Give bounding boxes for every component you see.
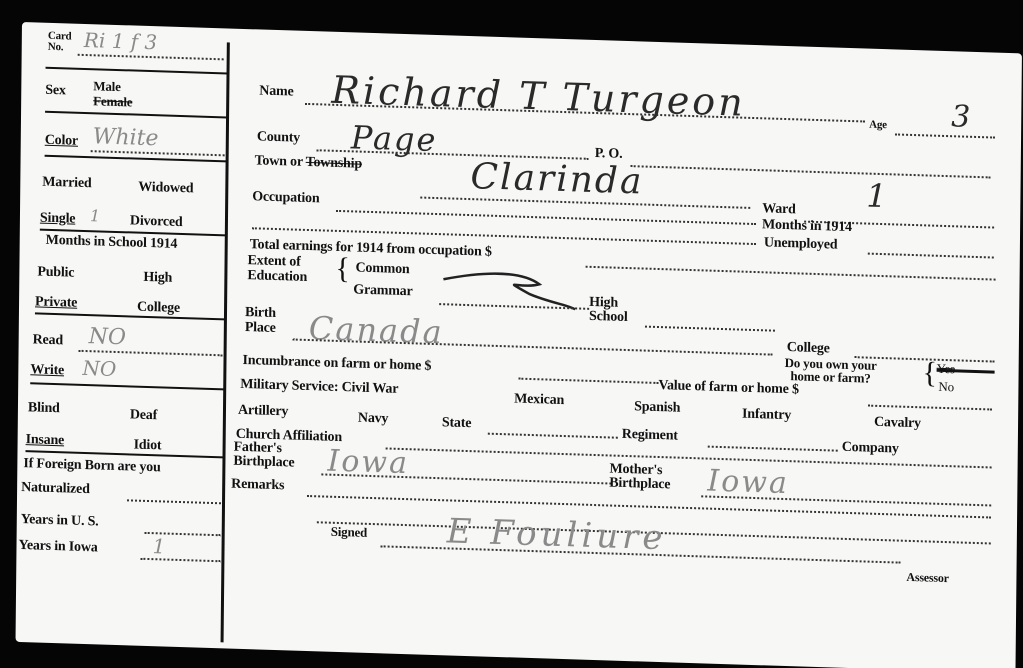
age-line [895,133,995,138]
write-value: NO [82,356,116,381]
artillery-label: Artillery [238,403,288,421]
assessor-label: Assessor [906,570,949,586]
own-home-brace: { [922,356,937,390]
infantry-label: Infantry [742,407,791,425]
left-rule [45,111,227,119]
left-rule [45,155,227,163]
common-label: Common [355,260,409,278]
blind-label: Blind [28,400,60,417]
signed-label: Signed [331,524,368,541]
high-label: High [143,270,172,287]
public-label: Public [37,264,74,281]
widowed-label: Widowed [138,180,193,198]
mother-line [701,495,991,506]
naturalized-label: Naturalized [21,480,90,498]
unemployed-label: Unemployed [764,235,838,253]
occupation-line [336,210,756,225]
age-value: 3 [951,99,970,135]
read-label: Read [33,332,63,349]
years-iowa-value: 1 [152,534,165,558]
high-school-label: High School [589,296,628,325]
own-home-label: Do you own your home or farm? [784,356,876,385]
mother-label: Mother's Birthplace [609,462,670,492]
age-label: Age [869,119,887,132]
state-label: State [442,415,471,432]
company-label: Company [842,440,899,458]
naturalized-line [127,499,221,504]
cavalry-label: Cavalry [874,415,921,432]
mother-label-2: Birthplace [609,476,670,492]
idiot-label: Idiot [134,438,162,455]
years-iowa-label: Years in Iowa [18,538,97,556]
town-value: Clarinda [470,156,643,202]
education-label-2: Education [247,268,307,285]
value-line [868,405,992,411]
color-label: Color [45,133,78,150]
unemployed-line [868,253,994,259]
months-1914-label: Months in 1914 [762,217,852,236]
regiment-label: Regiment [622,427,678,445]
remarks-line [307,495,991,518]
card-no-label: Card No. [48,31,78,54]
earnings-line [586,266,996,281]
ward-label: Ward [762,201,796,218]
write-label: Write [30,362,64,379]
incumbrance-label: Incumbrance on farm or home $ [242,353,431,375]
town-label: Town or Township [255,153,363,172]
education-label: Extent of Education [247,253,307,285]
grammar-label: Grammar [353,282,412,300]
months-school-label: Months in School 1914 [46,233,178,253]
birth-label: Birth Place [245,305,276,336]
remarks-label: Remarks [231,477,284,495]
left-rule [30,382,224,390]
own-no-option: No [938,379,954,395]
color-value: White [93,124,159,151]
spanish-label: Spanish [634,399,680,416]
church-line [386,447,992,468]
sex-label: Sex [45,83,66,100]
name-label: Name [259,83,293,100]
read-line [79,350,223,357]
county-label: County [257,129,300,146]
occupation-label: Occupation [252,189,319,207]
years-us-label: Years in U. S. [21,512,99,530]
town-label-text: Town or [255,153,303,170]
birth-label-2: Place [245,320,276,336]
mexican-label: Mexican [514,391,564,409]
navy-label: Navy [358,411,388,428]
father-label-2: Birthplace [233,455,294,471]
married-label: Married [42,175,91,193]
single-value: 1 [90,206,100,225]
birth-label-1: Birth [245,305,276,321]
insane-label: Insane [26,432,65,449]
father-label: Father's Birthplace [233,441,294,471]
card-no-value: Ri 1 f 3 [84,28,158,54]
deaf-label: Deaf [130,407,157,424]
high-school-label-2: School [589,310,628,325]
college-label: College [137,300,180,317]
census-card: Card No. Ri 1 f 3 Sex Male Female Color … [16,22,1022,668]
divorced-label: Divorced [130,213,183,231]
birth-value: Canada [309,309,444,351]
card-no-line [78,54,224,61]
township-label-text: Township [306,155,362,172]
education-brace: { [335,252,350,286]
regiment-line [708,446,838,452]
sex-option-female: Female [93,93,132,110]
single-label: Single [40,211,76,228]
value-label: Value of farm or home $ [658,378,799,398]
card-no-label-text: Card No. [48,30,72,53]
po-line [631,165,991,178]
incumbrance-line [518,378,658,384]
state-line [488,433,618,439]
read-value: NO [89,324,127,350]
foreign-born-label: If Foreign Born are you [23,456,160,476]
left-column-divider [221,42,230,642]
ward-value: 1 [866,177,887,216]
private-label: Private [35,294,77,311]
left-rule [46,67,228,75]
left-rule [35,312,225,320]
years-iowa-line [140,558,220,563]
military-label: Military Service: Civil War [240,377,398,398]
high-school-line [645,326,775,332]
